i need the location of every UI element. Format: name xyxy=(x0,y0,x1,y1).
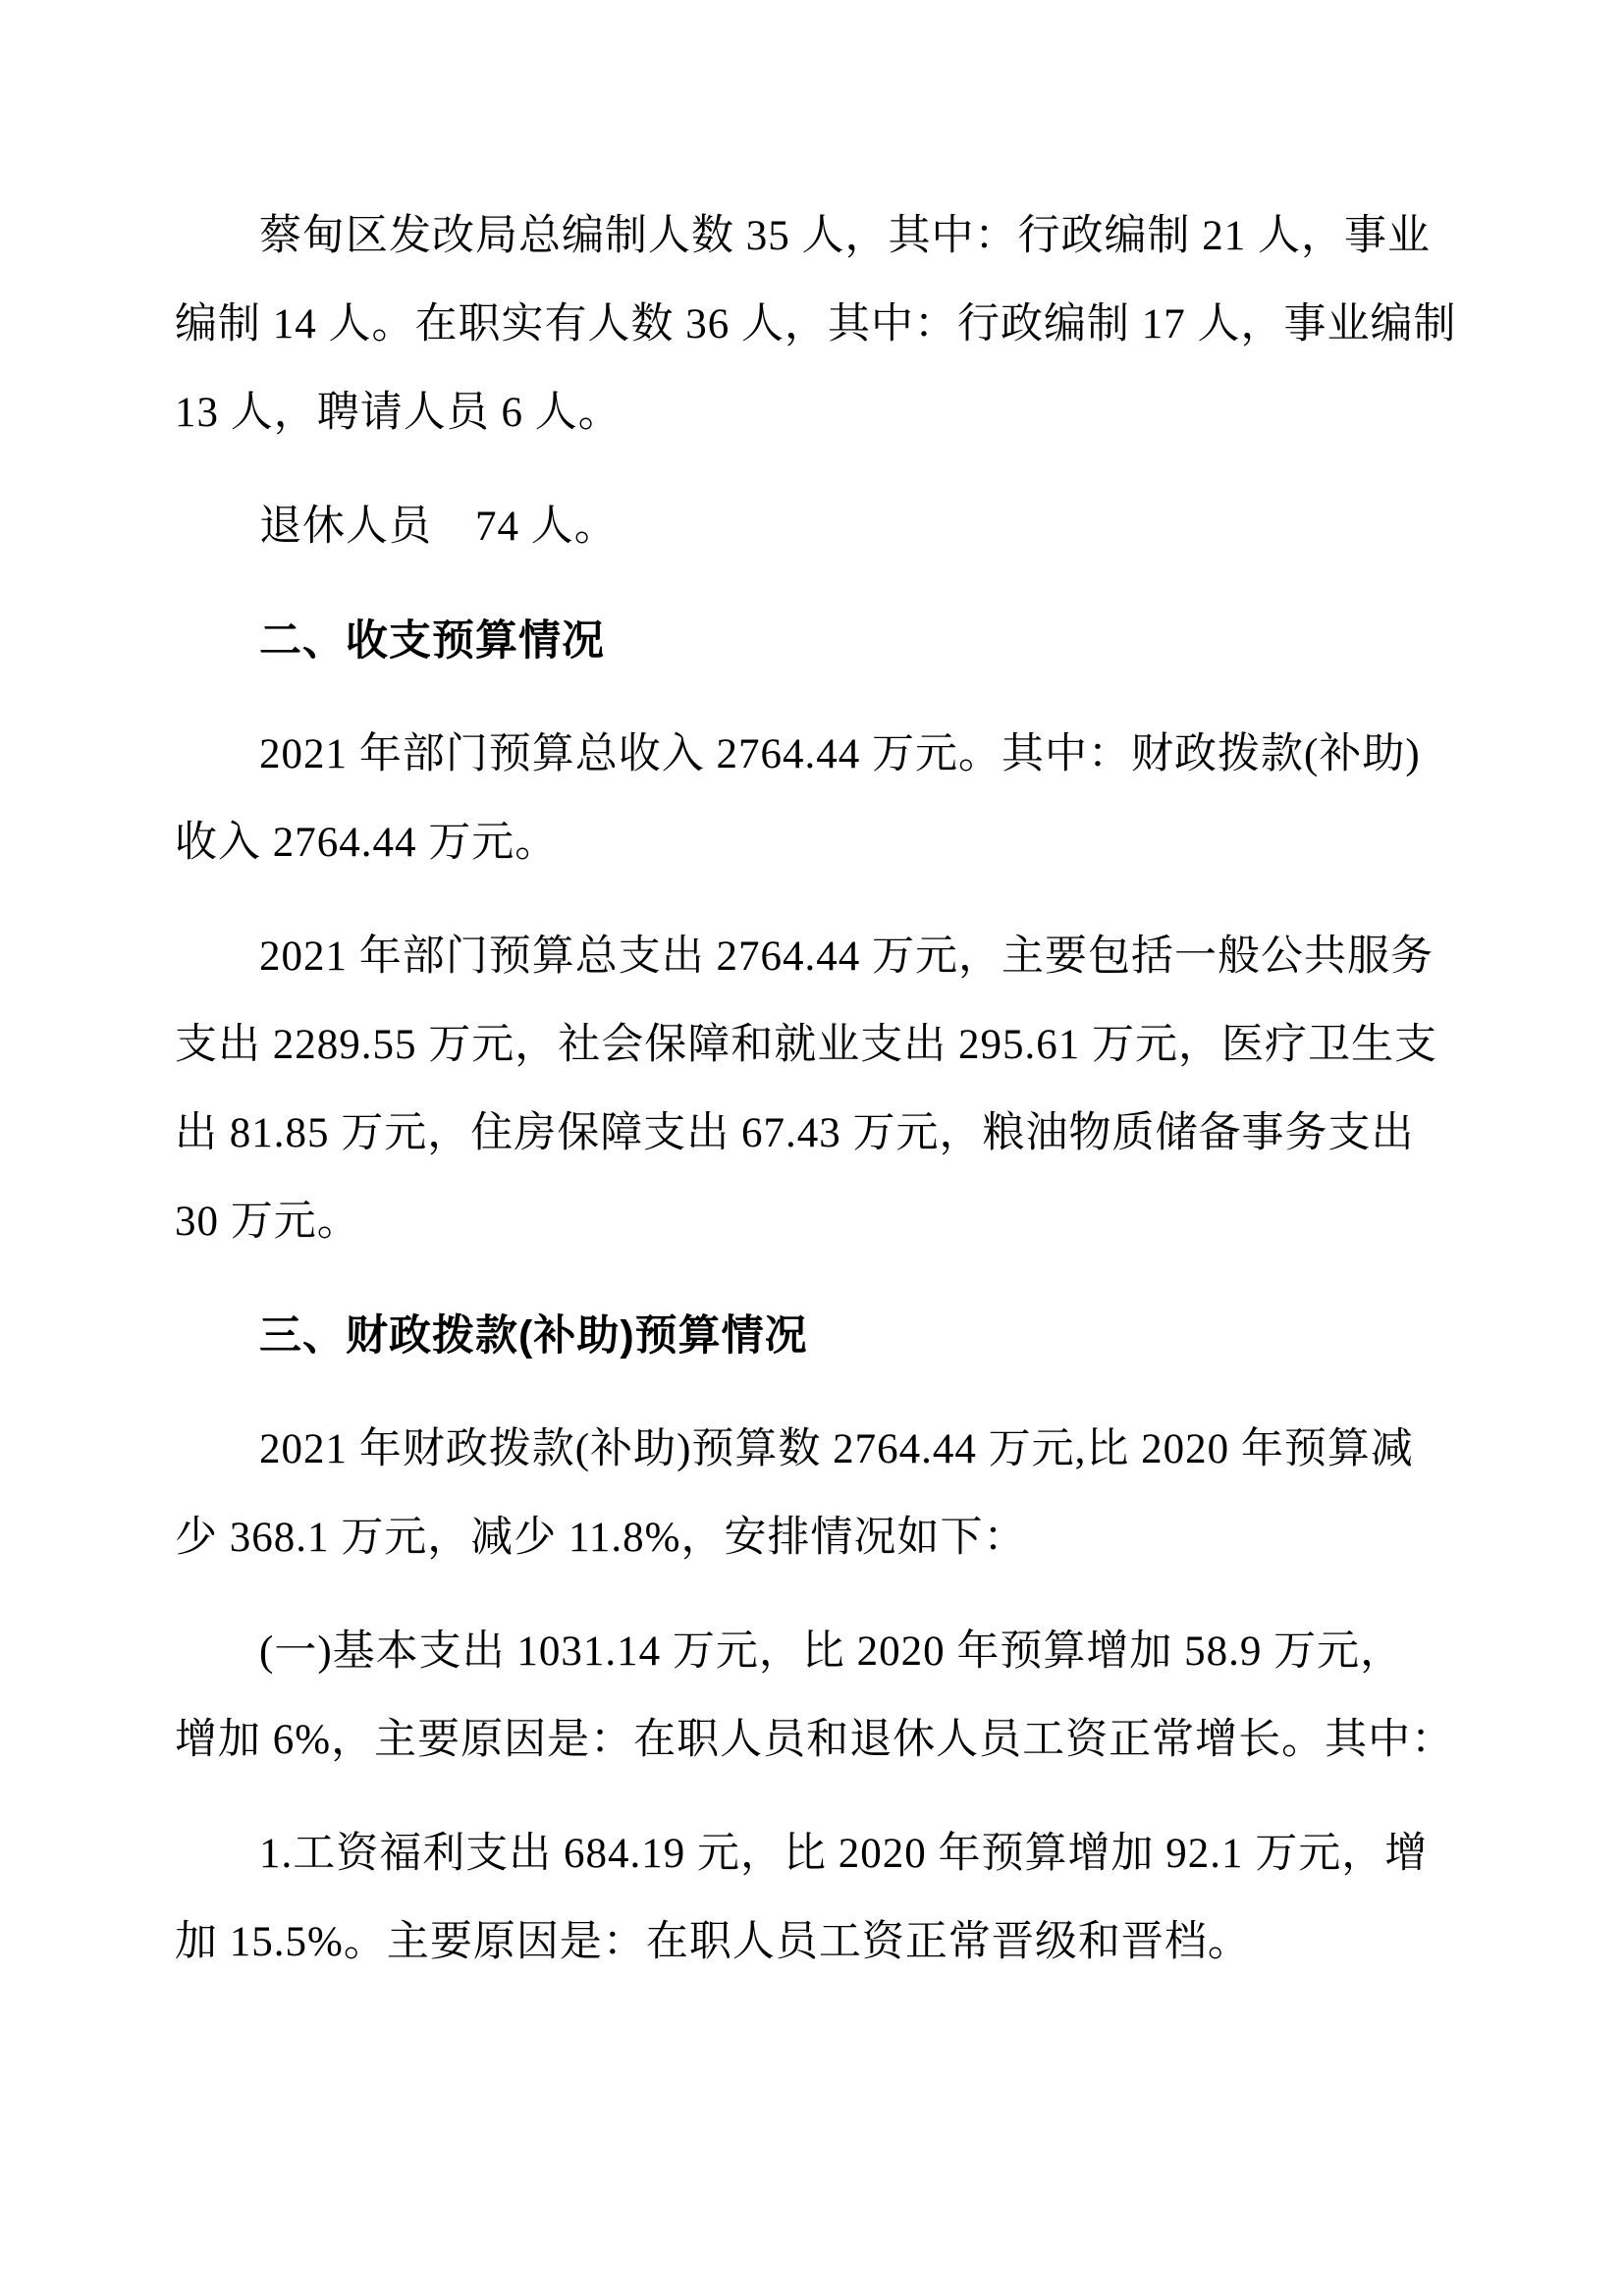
text-line: 1.工资福利支出 684.19 元，比 2020 年预算增加 92.1 万元，增 xyxy=(175,1810,1453,1898)
text-line: 出 81.85 万元，住房保障支出 67.43 万元，粮油物质储备事务支出 xyxy=(175,1090,1453,1178)
section-heading: 三、财政拨款(补助)预算情况 xyxy=(175,1292,1453,1380)
section-heading: 二、收支预算情况 xyxy=(175,597,1453,685)
document-content: 蔡甸区发改局总编制人数 35 人，其中：行政编制 21 人，事业编制 14 人。… xyxy=(175,192,1453,2012)
text-line: 编制 14 人。在职实有人数 36 人，其中：行政编制 17 人，事业编制 xyxy=(175,281,1453,369)
paragraph: 蔡甸区发改局总编制人数 35 人，其中：行政编制 21 人，事业编制 14 人。… xyxy=(175,192,1453,457)
text-line: 二、收支预算情况 xyxy=(175,597,1453,685)
text-line: 30 万元。 xyxy=(175,1178,1453,1266)
paragraph: 2021 年部门预算总收入 2764.44 万元。其中：财政拨款(补助)收入 2… xyxy=(175,711,1453,887)
paragraph: 2021 年部门预算总支出 2764.44 万元，主要包括一般公共服务支出 22… xyxy=(175,913,1453,1266)
text-line: 支出 2289.55 万元，社会保障和就业支出 295.61 万元，医疗卫生支 xyxy=(175,1001,1453,1090)
text-line: 退休人员 74 人。 xyxy=(175,483,1453,571)
paragraph: (一)基本支出 1031.14 万元，比 2020 年预算增加 58.9 万元，… xyxy=(175,1608,1453,1785)
paragraph: 退休人员 74 人。 xyxy=(175,483,1453,571)
text-line: 2021 年部门预算总收入 2764.44 万元。其中：财政拨款(补助) xyxy=(175,711,1453,799)
text-line: 2021 年部门预算总支出 2764.44 万元，主要包括一般公共服务 xyxy=(175,913,1453,1001)
text-line: 少 368.1 万元，减少 11.8%，安排情况如下： xyxy=(175,1494,1453,1582)
text-line: 收入 2764.44 万元。 xyxy=(175,799,1453,887)
text-line: 蔡甸区发改局总编制人数 35 人，其中：行政编制 21 人，事业 xyxy=(175,192,1453,281)
text-line: (一)基本支出 1031.14 万元，比 2020 年预算增加 58.9 万元， xyxy=(175,1608,1453,1696)
paragraph: 2021 年财政拨款(补助)预算数 2764.44 万元,比 2020 年预算减… xyxy=(175,1406,1453,1582)
text-line: 13 人，聘请人员 6 人。 xyxy=(175,369,1453,457)
text-line: 三、财政拨款(补助)预算情况 xyxy=(175,1292,1453,1380)
document-page: 蔡甸区发改局总编制人数 35 人，其中：行政编制 21 人，事业编制 14 人。… xyxy=(0,0,1624,2296)
text-line: 加 15.5%。主要原因是：在职人员工资正常晋级和晋档。 xyxy=(175,1898,1453,1987)
paragraph: 1.工资福利支出 684.19 元，比 2020 年预算增加 92.1 万元，增… xyxy=(175,1810,1453,1987)
text-line: 增加 6%，主要原因是：在职人员和退休人员工资正常增长。其中： xyxy=(175,1696,1453,1785)
text-line: 2021 年财政拨款(补助)预算数 2764.44 万元,比 2020 年预算减 xyxy=(175,1406,1453,1494)
